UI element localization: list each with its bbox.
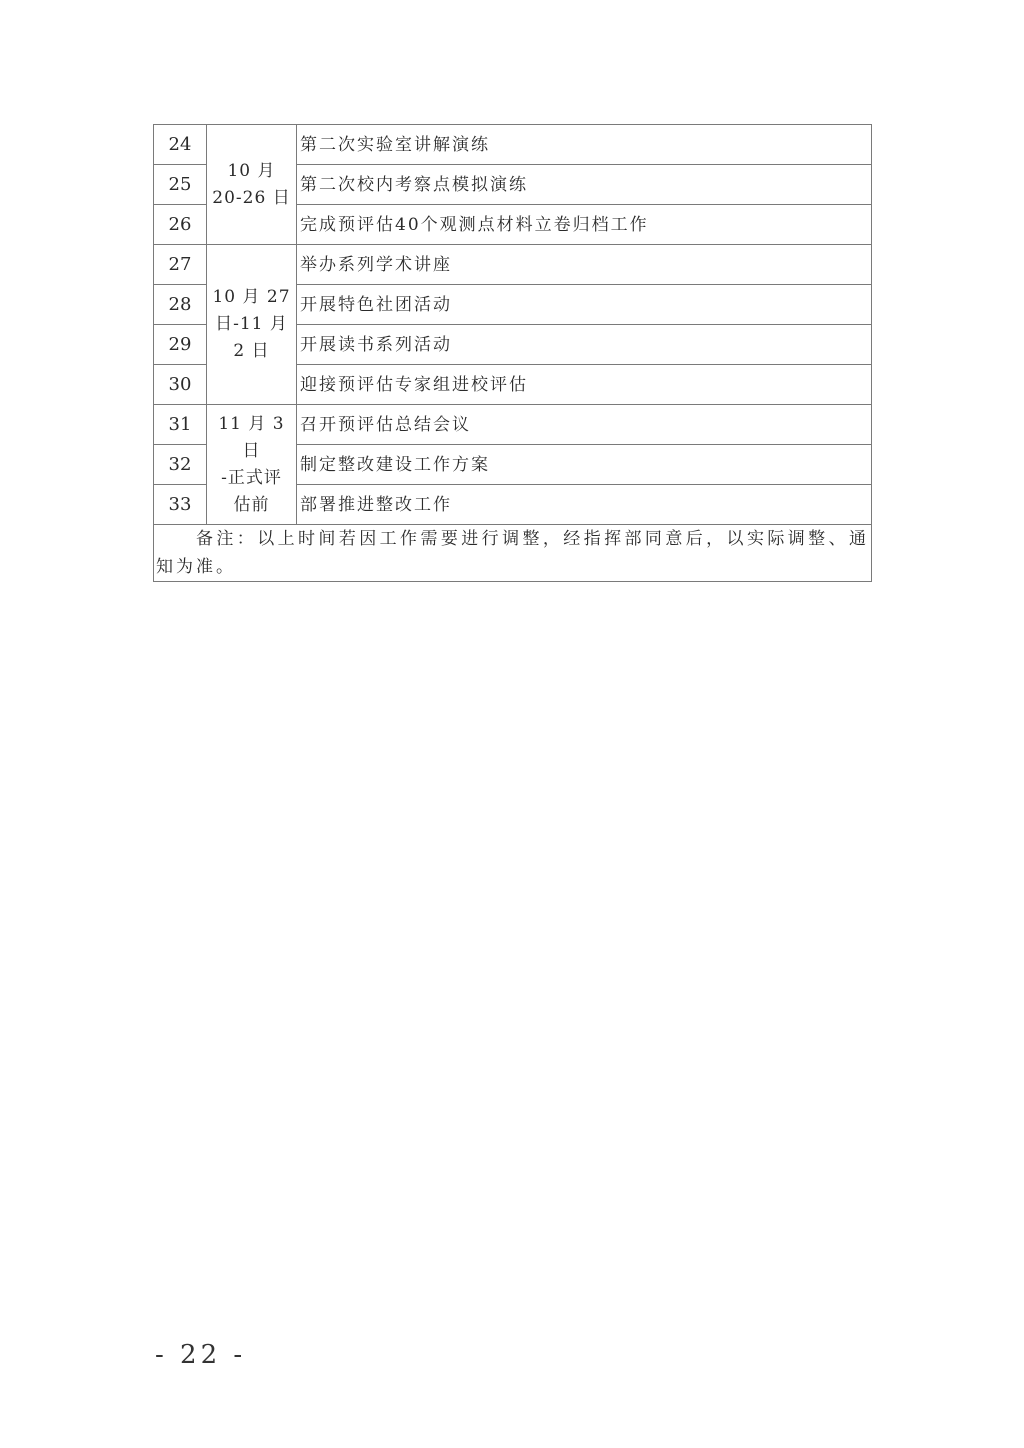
task-cell: 迎接预评估专家组进校评估 — [297, 365, 872, 405]
task-cell: 开展读书系列活动 — [297, 325, 872, 365]
note-row: 备注：以上时间若因工作需要进行调整，经指挥部同意后，以实际调整、通知为准。 — [154, 525, 872, 582]
date-line: 估前 — [209, 492, 294, 519]
date-line: 10 月 27 — [209, 284, 294, 311]
date-line: 20-26 日 — [209, 185, 294, 212]
page-number: - 22 - — [155, 1340, 246, 1370]
task-cell: 第二次实验室讲解演练 — [297, 125, 872, 165]
row-number: 29 — [154, 325, 207, 365]
row-number: 33 — [154, 485, 207, 525]
row-number: 30 — [154, 365, 207, 405]
date-range-cell: 10 月 27 日-11 月 2 日 — [207, 245, 297, 405]
date-line: -正式评 — [209, 465, 294, 492]
table-row: 31 11 月 3 日 -正式评 估前 召开预评估总结会议 — [154, 405, 872, 445]
task-cell: 召开预评估总结会议 — [297, 405, 872, 445]
task-cell: 第二次校内考察点模拟演练 — [297, 165, 872, 205]
task-cell: 完成预评估40个观测点材料立卷归档工作 — [297, 205, 872, 245]
task-cell: 举办系列学术讲座 — [297, 245, 872, 285]
row-number: 31 — [154, 405, 207, 445]
table-row: 24 10 月 20-26 日 第二次实验室讲解演练 — [154, 125, 872, 165]
date-range-cell: 11 月 3 日 -正式评 估前 — [207, 405, 297, 525]
row-number: 26 — [154, 205, 207, 245]
task-cell: 开展特色社团活动 — [297, 285, 872, 325]
task-cell: 制定整改建设工作方案 — [297, 445, 872, 485]
note-text: 备注：以上时间若因工作需要进行调整，经指挥部同意后，以实际调整、通知为准。 — [154, 525, 872, 582]
task-cell: 部署推进整改工作 — [297, 485, 872, 525]
row-number: 25 — [154, 165, 207, 205]
row-number: 24 — [154, 125, 207, 165]
date-line: 11 月 3 日 — [209, 411, 294, 465]
row-number: 27 — [154, 245, 207, 285]
date-range-cell: 10 月 20-26 日 — [207, 125, 297, 245]
date-line: 日-11 月 — [209, 311, 294, 338]
table-row: 27 10 月 27 日-11 月 2 日 举办系列学术讲座 — [154, 245, 872, 285]
row-number: 32 — [154, 445, 207, 485]
schedule-table: 24 10 月 20-26 日 第二次实验室讲解演练 25 第二次校内考察点模拟… — [153, 124, 872, 582]
date-line: 10 月 — [209, 158, 294, 185]
row-number: 28 — [154, 285, 207, 325]
date-line: 2 日 — [209, 338, 294, 365]
